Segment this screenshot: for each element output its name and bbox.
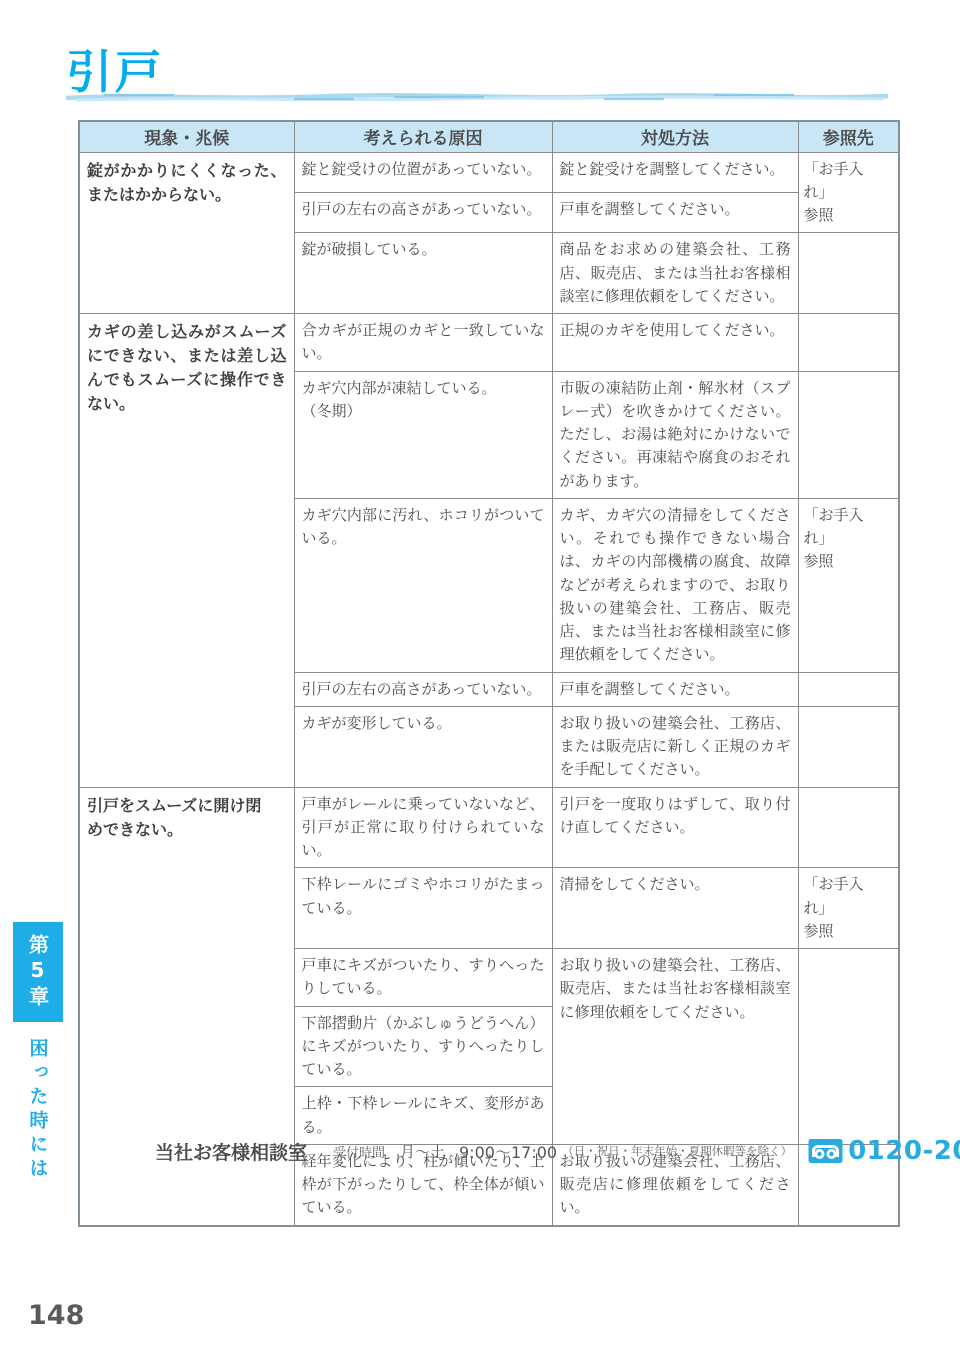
symptom-cell: 錠がかかりにくくなった、またはかからない。 bbox=[79, 152, 294, 314]
table-row: カギの差し込みがスムーズにできない、または差し込んでもスムーズに操作できない。 … bbox=[79, 314, 899, 372]
column-header-cause: 考えられる原因 bbox=[294, 121, 552, 152]
freedial-icon bbox=[808, 1138, 843, 1164]
cause-cell: 錠と錠受けの位置があっていない。 bbox=[294, 152, 552, 192]
chapter-side-label: 困った時には bbox=[13, 1038, 63, 1182]
chapter-tab-label: 第5章 bbox=[24, 934, 53, 1010]
ref-cell bbox=[798, 233, 899, 314]
remedy-cell: お取り扱いの建築会社、工務店、販売店、または当社お客様相談室に修理依頼をしてくだ… bbox=[552, 949, 798, 1145]
title-underline-decoration bbox=[64, 90, 890, 104]
chapter-side-label-text: 困った時には bbox=[25, 1038, 52, 1182]
column-header-remedy: 対処方法 bbox=[552, 121, 798, 152]
cause-cell: 下部摺動片（かぶしゅうどうへん）にキズがついたり、すりへったりしている。 bbox=[294, 1006, 552, 1087]
remedy-cell: 清掃をしてください。 bbox=[552, 868, 798, 949]
hours-note: （日・祝日・年末年始・夏期休暇等を除く） bbox=[562, 1143, 792, 1159]
ref-cell: 「お手入れ」 参照 bbox=[798, 498, 899, 672]
ref-cell bbox=[798, 672, 899, 706]
remedy-cell: 錠と錠受けを調整してください。 bbox=[552, 152, 798, 192]
table-header-row: 現象・兆候 考えられる原因 対処方法 参照先 bbox=[79, 121, 899, 152]
hours-days: 月～土 bbox=[400, 1141, 445, 1162]
symptom-cell: カギの差し込みがスムーズにできない、または差し込んでもスムーズに操作できない。 bbox=[79, 314, 294, 788]
cause-cell: 引戸の左右の高さがあっていない。 bbox=[294, 192, 552, 232]
ref-cell bbox=[798, 787, 899, 868]
ref-cell: 「お手入れ」 参照 bbox=[798, 868, 899, 949]
cause-cell: 下枠レールにゴミやホコリがたまっている。 bbox=[294, 868, 552, 949]
page-number: 148 bbox=[28, 1300, 84, 1331]
hours-time: 9:00～17:00 bbox=[459, 1140, 557, 1163]
column-header-ref: 参照先 bbox=[798, 121, 899, 152]
cause-cell: 合カギが正規のカギと一致していない。 bbox=[294, 314, 552, 372]
cause-cell: 錠が破損している。 bbox=[294, 233, 552, 314]
remedy-cell: 戸車を調整してください。 bbox=[552, 672, 798, 706]
troubleshooting-table: 現象・兆候 考えられる原因 対処方法 参照先 錠がかかりにくくなった、またはかか… bbox=[78, 120, 900, 1227]
chapter-tab: 第5章 bbox=[13, 922, 63, 1022]
ref-cell: 「お手入れ」 参照 bbox=[798, 152, 899, 233]
cause-cell: カギが変形している。 bbox=[294, 706, 552, 787]
remedy-cell: お取り扱いの建築会社、工務店、または販売店に新しく正規のカギを手配してください。 bbox=[552, 706, 798, 787]
cause-cell: カギ穴内部に汚れ、ホコリがついている。 bbox=[294, 498, 552, 672]
table-row: 引戸をスムーズに開け閉 めできない。 戸車がレールに乗っていないなど、引戸が正常… bbox=[79, 787, 899, 868]
remedy-cell: 引戸を一度取りはずして、取り付け直してください。 bbox=[552, 787, 798, 868]
remedy-cell: 正規のカギを使用してください。 bbox=[552, 314, 798, 372]
ref-cell bbox=[798, 706, 899, 787]
column-header-symptom: 現象・兆候 bbox=[79, 121, 294, 152]
ref-cell bbox=[798, 371, 899, 498]
cause-cell: 戸車がレールに乗っていないなど、引戸が正常に取り付けられていない。 bbox=[294, 787, 552, 868]
table-row: 錠がかかりにくくなった、またはかからない。 錠と錠受けの位置があっていない。 錠… bbox=[79, 152, 899, 192]
customer-service-footer: 当社お客様相談室 受付時間 月～土 9:00～17:00 （日・祝日・年末年始・… bbox=[155, 1136, 895, 1166]
remedy-cell: 商品をお求めの建築会社、工務店、販売店、または当社お客様相談室に修理依頼をしてく… bbox=[552, 233, 798, 314]
remedy-cell: 戸車を調整してください。 bbox=[552, 192, 798, 232]
remedy-cell: カギ、カギ穴の清掃をしてください。それでも操作できない場合は、カギの内部機構の腐… bbox=[552, 498, 798, 672]
ref-cell bbox=[798, 314, 899, 372]
contact-label: 当社お客様相談室 bbox=[155, 1138, 307, 1165]
cause-cell: カギ穴内部が凍結している。 （冬期） bbox=[294, 371, 552, 498]
phone-number: 0120-20-4134 bbox=[848, 1136, 960, 1166]
hours-label: 受付時間 bbox=[333, 1142, 385, 1161]
cause-cell: 引戸の左右の高さがあっていない。 bbox=[294, 672, 552, 706]
manual-page: 引戸 現象・兆候 考えられる原因 対処方法 参照先 錠がかかりにくくなった、また… bbox=[0, 0, 960, 1358]
cause-cell: 戸車にキズがついたり、すりへったりしている。 bbox=[294, 949, 552, 1007]
ref-cell bbox=[798, 949, 899, 1145]
remedy-cell: 市販の凍結防止剤・解氷材（スプレー式）を吹きかけてください。ただし、お湯は絶対に… bbox=[552, 371, 798, 498]
